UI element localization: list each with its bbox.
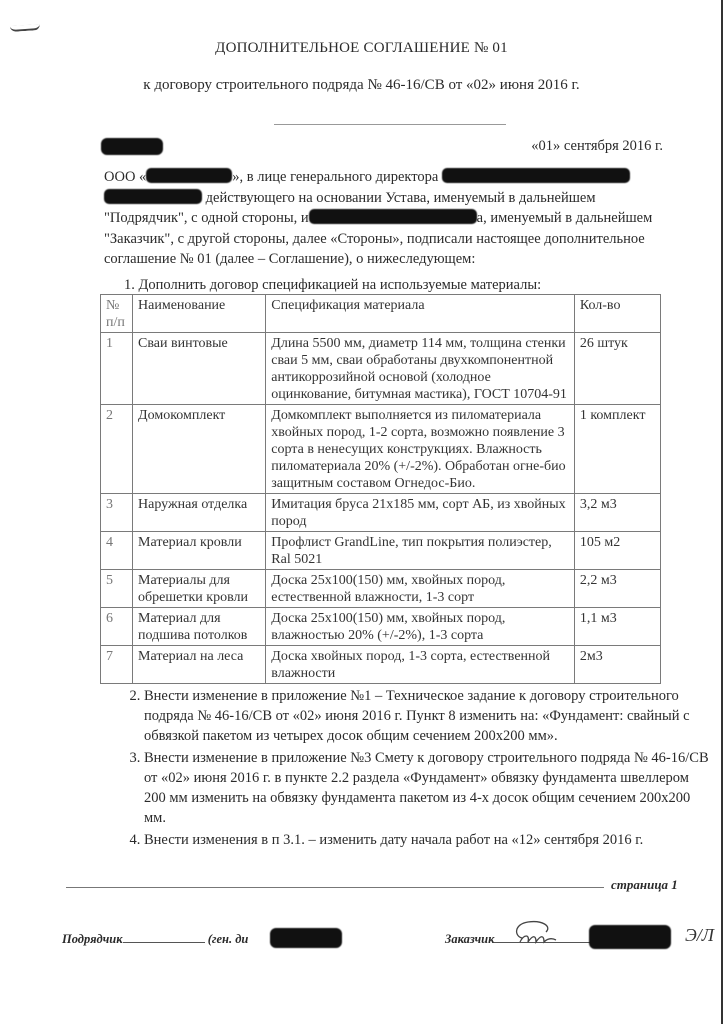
handwritten-signature-icon (508, 918, 568, 952)
table-row: 4 Материал кровли Профлист GrandLine, ти… (101, 532, 661, 570)
redacted-company (146, 168, 232, 183)
redacted-customer (309, 209, 477, 224)
cell-name: Материалы для обрешетки кровли (133, 570, 266, 608)
preamble-text: действующего на основании Устава, именуе… (206, 190, 596, 206)
header-qty: Кол-во (574, 295, 660, 333)
cell-spec: Профлист GrandLine, тип покрытия полиэст… (266, 532, 575, 570)
cell-spec: Доска 25х100(150) мм, хвойных пород, вла… (266, 608, 575, 646)
cell-name: Материал кровли (133, 532, 266, 570)
item-1-intro: 1. Дополнить договор спецификацией на ис… (124, 277, 541, 294)
preamble-text: соглашение № 01 (далее – Соглашение), о … (104, 251, 475, 267)
cell-num: 1 (101, 333, 133, 405)
cell-num: 5 (101, 570, 133, 608)
cell-qty: 1 комплект (574, 405, 660, 494)
cell-num: 7 (101, 646, 133, 684)
cell-qty: 2,2 м3 (574, 570, 660, 608)
preamble-text: », в лице генерального директора (232, 169, 438, 185)
redacted-customer-name (589, 925, 671, 949)
cell-qty: 1,1 м3 (574, 608, 660, 646)
preamble-text: ООО « (104, 169, 146, 185)
cell-qty: 2м3 (574, 646, 660, 684)
document-date: «01» сентября 2016 г. (531, 138, 663, 155)
signature-line (123, 942, 205, 943)
cell-num: 6 (101, 608, 133, 646)
table-row: 6 Материал для подшива потолков Доска 25… (101, 608, 661, 646)
cell-qty: 26 штук (574, 333, 660, 405)
cell-num: 3 (101, 494, 133, 532)
table-row: 3 Наружная отделка Имитация бруса 21х185… (101, 494, 661, 532)
preamble: ООО «», в лице генерального директора де… (104, 167, 664, 270)
page-number: страница 1 (611, 877, 678, 893)
header-spec: Спецификация материала (266, 295, 575, 333)
divider (274, 124, 506, 125)
cell-spec: Доска 25х100(150) мм, хвойных пород, ест… (266, 570, 575, 608)
cell-name: Сваи винтовые (133, 333, 266, 405)
footer-divider (66, 887, 604, 888)
redacted-director (442, 168, 630, 183)
cell-spec: Длина 5500 мм, диаметр 114 мм, толщина с… (266, 333, 575, 405)
table-row: 2 Домокомплект Домкомплект выполняется и… (101, 405, 661, 494)
table-row: 1 Сваи винтовые Длина 5500 мм, диаметр 1… (101, 333, 661, 405)
table-row: 7 Материал на леса Доска хвойных пород, … (101, 646, 661, 684)
cell-name: Материал на леса (133, 646, 266, 684)
cell-num: 2 (101, 405, 133, 494)
preamble-text: "Подрядчик", с одной стороны, и (104, 210, 309, 226)
contractor-signature-block: Подрядчик (ген. ди) (62, 932, 331, 947)
contractor-label: Подрядчик (62, 932, 123, 946)
cell-name: Материал для подшива потолков (133, 608, 266, 646)
document-title: ДОПОЛНИТЕЛЬНОЕ СОГЛАШЕНИЕ № 01 (0, 40, 723, 57)
table-header-row: № п/п Наименование Спецификация материал… (101, 295, 661, 333)
cell-qty: 105 м2 (574, 532, 660, 570)
cell-spec: Доска хвойных пород, 1-3 сорта, естестве… (266, 646, 575, 684)
redacted-director-cont (104, 189, 202, 204)
document-subtitle: к договору строительного подряда № 46-16… (0, 77, 723, 94)
customer-label: Заказчик (445, 932, 494, 946)
header-name: Наименование (133, 295, 266, 333)
header-num: № п/п (101, 295, 133, 333)
materials-table: № п/п Наименование Спецификация материал… (100, 294, 661, 684)
redacted-city (101, 138, 163, 155)
pen-mark (10, 24, 40, 32)
redacted-contractor-name (270, 928, 342, 948)
amendment-item: Внести изменение в приложение №1 – Техни… (144, 686, 709, 746)
cell-spec: Домкомплект выполняется из пиломатериала… (266, 405, 575, 494)
amendment-list: Внести изменение в приложение №1 – Техни… (104, 686, 709, 852)
cell-num: 4 (101, 532, 133, 570)
table-row: 5 Материалы для обрешетки кровли Доска 2… (101, 570, 661, 608)
customer-initials: Э/Л (685, 925, 714, 946)
cell-name: Наружная отделка (133, 494, 266, 532)
preamble-text: а, именуемый в дальнейшем (477, 210, 653, 226)
preamble-text: "Заказчик", с другой стороны, далее «Сто… (104, 231, 645, 247)
contractor-role: (ген. ди (208, 932, 249, 946)
cell-name: Домокомплект (133, 405, 266, 494)
cell-qty: 3,2 м3 (574, 494, 660, 532)
amendment-item: Внести изменение в приложение №3 Смету к… (144, 748, 709, 828)
amendment-item: Внести изменения в п 3.1. – изменить дат… (144, 830, 709, 850)
cell-spec: Имитация бруса 21х185 мм, сорт АБ, из хв… (266, 494, 575, 532)
